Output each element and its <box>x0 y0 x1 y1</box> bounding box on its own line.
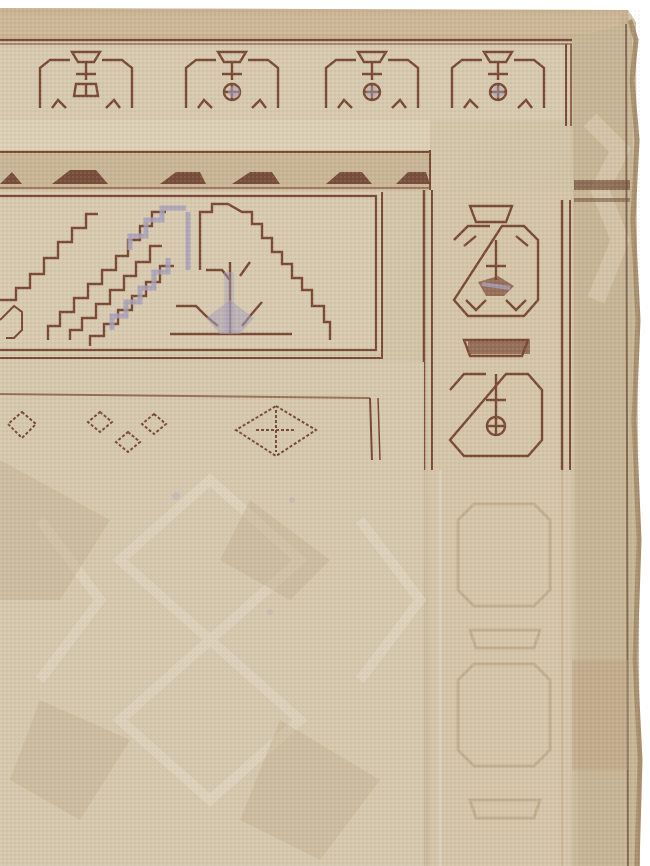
rug-body <box>0 8 640 866</box>
rug-illustration <box>0 0 650 866</box>
rug-photo: Close-up corner of an antique Oushak-sty… <box>0 0 650 866</box>
